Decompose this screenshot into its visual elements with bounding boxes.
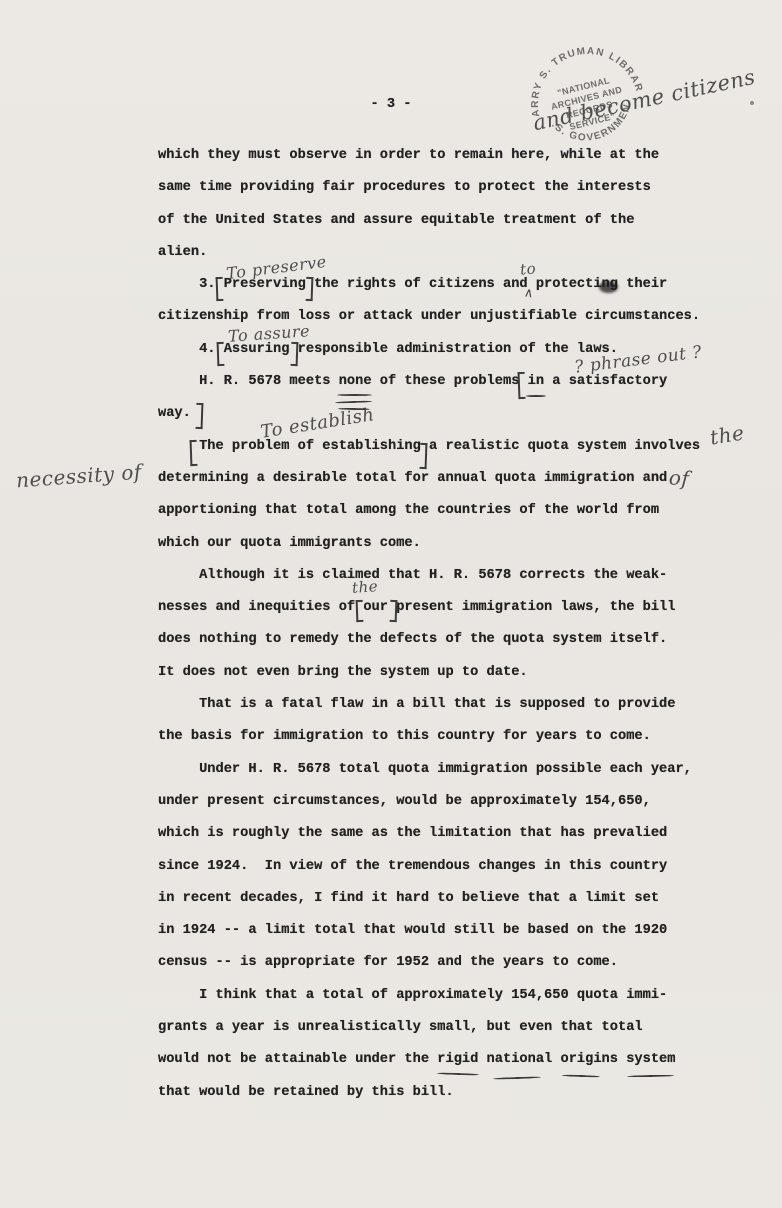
ink-smudge-protecting bbox=[599, 281, 618, 293]
typed-line: under present circumstances, would be ap… bbox=[158, 786, 700, 818]
typed-line: does nothing to remedy the defects of th… bbox=[158, 624, 700, 656]
handwritten-the-right-margin: the bbox=[708, 420, 746, 449]
typed-line: in recent decades, I find it hard to bel… bbox=[158, 883, 700, 915]
typed-line: of the United States and assure equitabl… bbox=[158, 205, 700, 237]
typed-line: It does not even bring the system up to … bbox=[158, 657, 700, 689]
handwritten-of-right-margin: of bbox=[668, 465, 690, 490]
typed-line: grants a year is unrealistically small, … bbox=[158, 1012, 700, 1044]
underline-none-1 bbox=[337, 394, 372, 396]
typed-line: determining a desirable total for annual… bbox=[158, 463, 700, 495]
typed-line: nesses and inequities of our present imm… bbox=[158, 592, 700, 624]
hand-bracket-right-preserving bbox=[306, 277, 314, 301]
typed-line: The problem of establishing a realistic … bbox=[158, 431, 700, 463]
typed-line: Under H. R. 5678 total quota immigration… bbox=[158, 754, 700, 786]
hand-bracket-after-way bbox=[196, 403, 204, 429]
handwritten-necessity-of-left-margin: necessity of bbox=[15, 460, 142, 493]
underline-in bbox=[526, 395, 546, 397]
hand-bracket-before-in bbox=[518, 372, 526, 399]
document-page: HARRY S. TRUMAN LIBRARY U.S. GOVERNMENT … bbox=[0, 0, 782, 1208]
hand-bracket-left-preserving bbox=[216, 277, 224, 301]
hand-bracket-right-our bbox=[390, 600, 398, 622]
typed-line: which they must observe in order to rema… bbox=[158, 140, 700, 172]
hand-bracket-before-the-problem bbox=[190, 440, 198, 466]
typed-line: same time providing fair procedures to p… bbox=[158, 172, 700, 204]
hand-bracket-left-our bbox=[356, 600, 364, 622]
typed-line: which is roughly the same as the limitat… bbox=[158, 818, 700, 850]
ink-speck bbox=[750, 101, 754, 105]
typed-line: way. bbox=[158, 398, 700, 430]
typed-line: the basis for immigration to this countr… bbox=[158, 721, 700, 753]
hand-bracket-after-establishing bbox=[420, 443, 428, 469]
hand-bracket-right-assuring bbox=[291, 342, 299, 366]
hand-bracket-left-assuring bbox=[217, 342, 225, 366]
typed-line: apportioning that total among the countr… bbox=[158, 495, 700, 527]
typed-line: Although it is claimed that H. R. 5678 c… bbox=[158, 560, 700, 592]
typed-line: that would be retained by this bill. bbox=[158, 1077, 700, 1109]
typed-line: That is a fatal flaw in a bill that is s… bbox=[158, 689, 700, 721]
typed-line: census -- is appropriate for 1952 and th… bbox=[158, 947, 700, 979]
handwritten-to-inserted: to bbox=[519, 259, 537, 278]
typed-line: since 1924. In view of the tremendous ch… bbox=[158, 851, 700, 883]
typed-line: I think that a total of approximately 15… bbox=[158, 980, 700, 1012]
typed-text-block: which they must observe in order to rema… bbox=[158, 140, 700, 1109]
handwritten-the-above-our: the bbox=[351, 577, 378, 597]
typed-line: would not be attainable under the rigid … bbox=[158, 1044, 700, 1076]
typed-line: which our quota immigrants come. bbox=[158, 528, 700, 560]
typed-line: in 1924 -- a limit total that would stil… bbox=[158, 915, 700, 947]
